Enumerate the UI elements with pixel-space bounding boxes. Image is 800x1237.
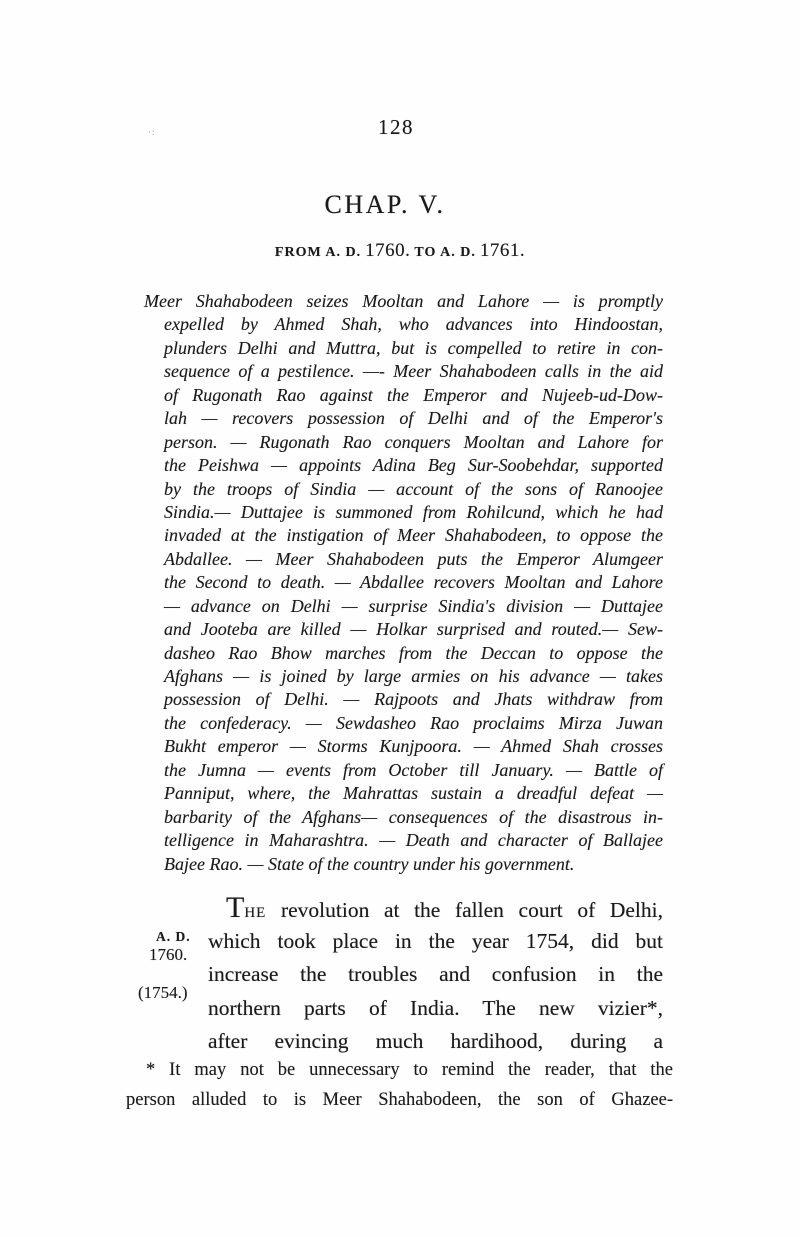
summary-line: person. — Rugonath Rao conquers Mooltan …: [164, 431, 663, 454]
body-line: increase the troubles and confusion in t…: [208, 958, 663, 992]
date-range-year-start: 1760.: [365, 240, 410, 261]
date-range-to-label: TO A. D.: [414, 245, 475, 260]
summary-line: — advance on Delhi — surprise Sindia's d…: [164, 595, 663, 618]
summary-line: Meer Shahabodeen seizes Mooltan and Laho…: [144, 290, 663, 313]
summary-line: dasheo Rao Bhow marches from the Deccan …: [164, 642, 663, 665]
summary-line: Abdallee. — Meer Shahabodeen puts the Em…: [164, 548, 663, 571]
date-range-year-end: 1761.: [480, 240, 525, 261]
footnote-line: person alluded to is Meer Shahabodeen, t…: [126, 1086, 673, 1116]
summary-line: the Peishwa — appoints Adina Beg Sur-Soo…: [164, 454, 663, 477]
footnote-line: * It may not be unnecessary to remind th…: [126, 1056, 673, 1086]
summary-line: by the troops of Sindia — account of the…: [164, 478, 663, 501]
body-paragraph: THE revolution at the fallen court of De…: [208, 891, 663, 1059]
summary-line: the Jumna — events from October till Jan…: [164, 759, 663, 782]
summary-line: sequence of a pestilence. —- Meer Shahab…: [164, 360, 663, 383]
body-line: which took place in the year 1754, did b…: [208, 925, 663, 959]
summary-line: of Rugonath Rao against the Emperor and …: [164, 384, 663, 407]
summary-line: the confederacy. — Sewdasheo Rao proclai…: [164, 712, 663, 735]
page-number: 128: [0, 115, 792, 140]
chapter-heading: CHAP. V.: [0, 190, 770, 220]
summary-line: possession of Delhi. — Rajpoots and Jhat…: [164, 688, 663, 711]
summary-line: Bajee Rao. — State of the country under …: [164, 853, 663, 876]
summary-line: the Second to death. — Abdallee recovers…: [164, 571, 663, 594]
margin-note-ad: A. D.: [156, 929, 191, 945]
margin-note-paren-year: (1754.): [138, 983, 188, 1003]
summary-line: plunders Delhi and Muttra, but is compel…: [164, 337, 663, 360]
chapter-summary: Meer Shahabodeen seizes Mooltan and Laho…: [144, 290, 663, 876]
summary-line: expelled by Ahmed Shah, who advances int…: [164, 313, 663, 336]
dropcap-letter: T: [226, 891, 244, 924]
body-line-text: revolution at the fallen court of Delhi,: [281, 898, 663, 922]
summary-line: lah — recovers possession of Delhi and o…: [164, 407, 663, 430]
summary-line: invaded at the instigation of Meer Shaha…: [164, 524, 663, 547]
body-line: after evincing much hardihood, during a: [208, 1025, 663, 1059]
chapter-date-range: FROM A. D. 1760. TO A. D. 1761.: [0, 240, 800, 262]
summary-line: Sindia.— Duttajee is summoned from Rohil…: [164, 501, 663, 524]
footnote: * It may not be unnecessary to remind th…: [126, 1056, 673, 1115]
body-line: northern parts of India. The new vizier*…: [208, 992, 663, 1026]
dropcap-smallcaps: HE: [244, 905, 266, 921]
summary-line: Panniput, where, the Mahrattas sustain a…: [164, 782, 663, 805]
margin-note-year: 1760.: [149, 945, 187, 965]
body-line: THE revolution at the fallen court of De…: [208, 891, 663, 925]
summary-line: Bukht emperor — Storms Kunjpoora. — Ahme…: [164, 735, 663, 758]
summary-line: telligence in Maharashtra. — Death and c…: [164, 829, 663, 852]
summary-line: Afghans — is joined by large armies on h…: [164, 665, 663, 688]
summary-line: and Jooteba are killed — Holkar surprise…: [164, 618, 663, 641]
date-range-from-label: FROM A. D.: [275, 245, 361, 260]
book-page: ·: 128 CHAP. V. FROM A. D. 1760. TO A. D…: [0, 0, 800, 1237]
summary-line: barbarity of the Afghans— consequences o…: [164, 806, 663, 829]
